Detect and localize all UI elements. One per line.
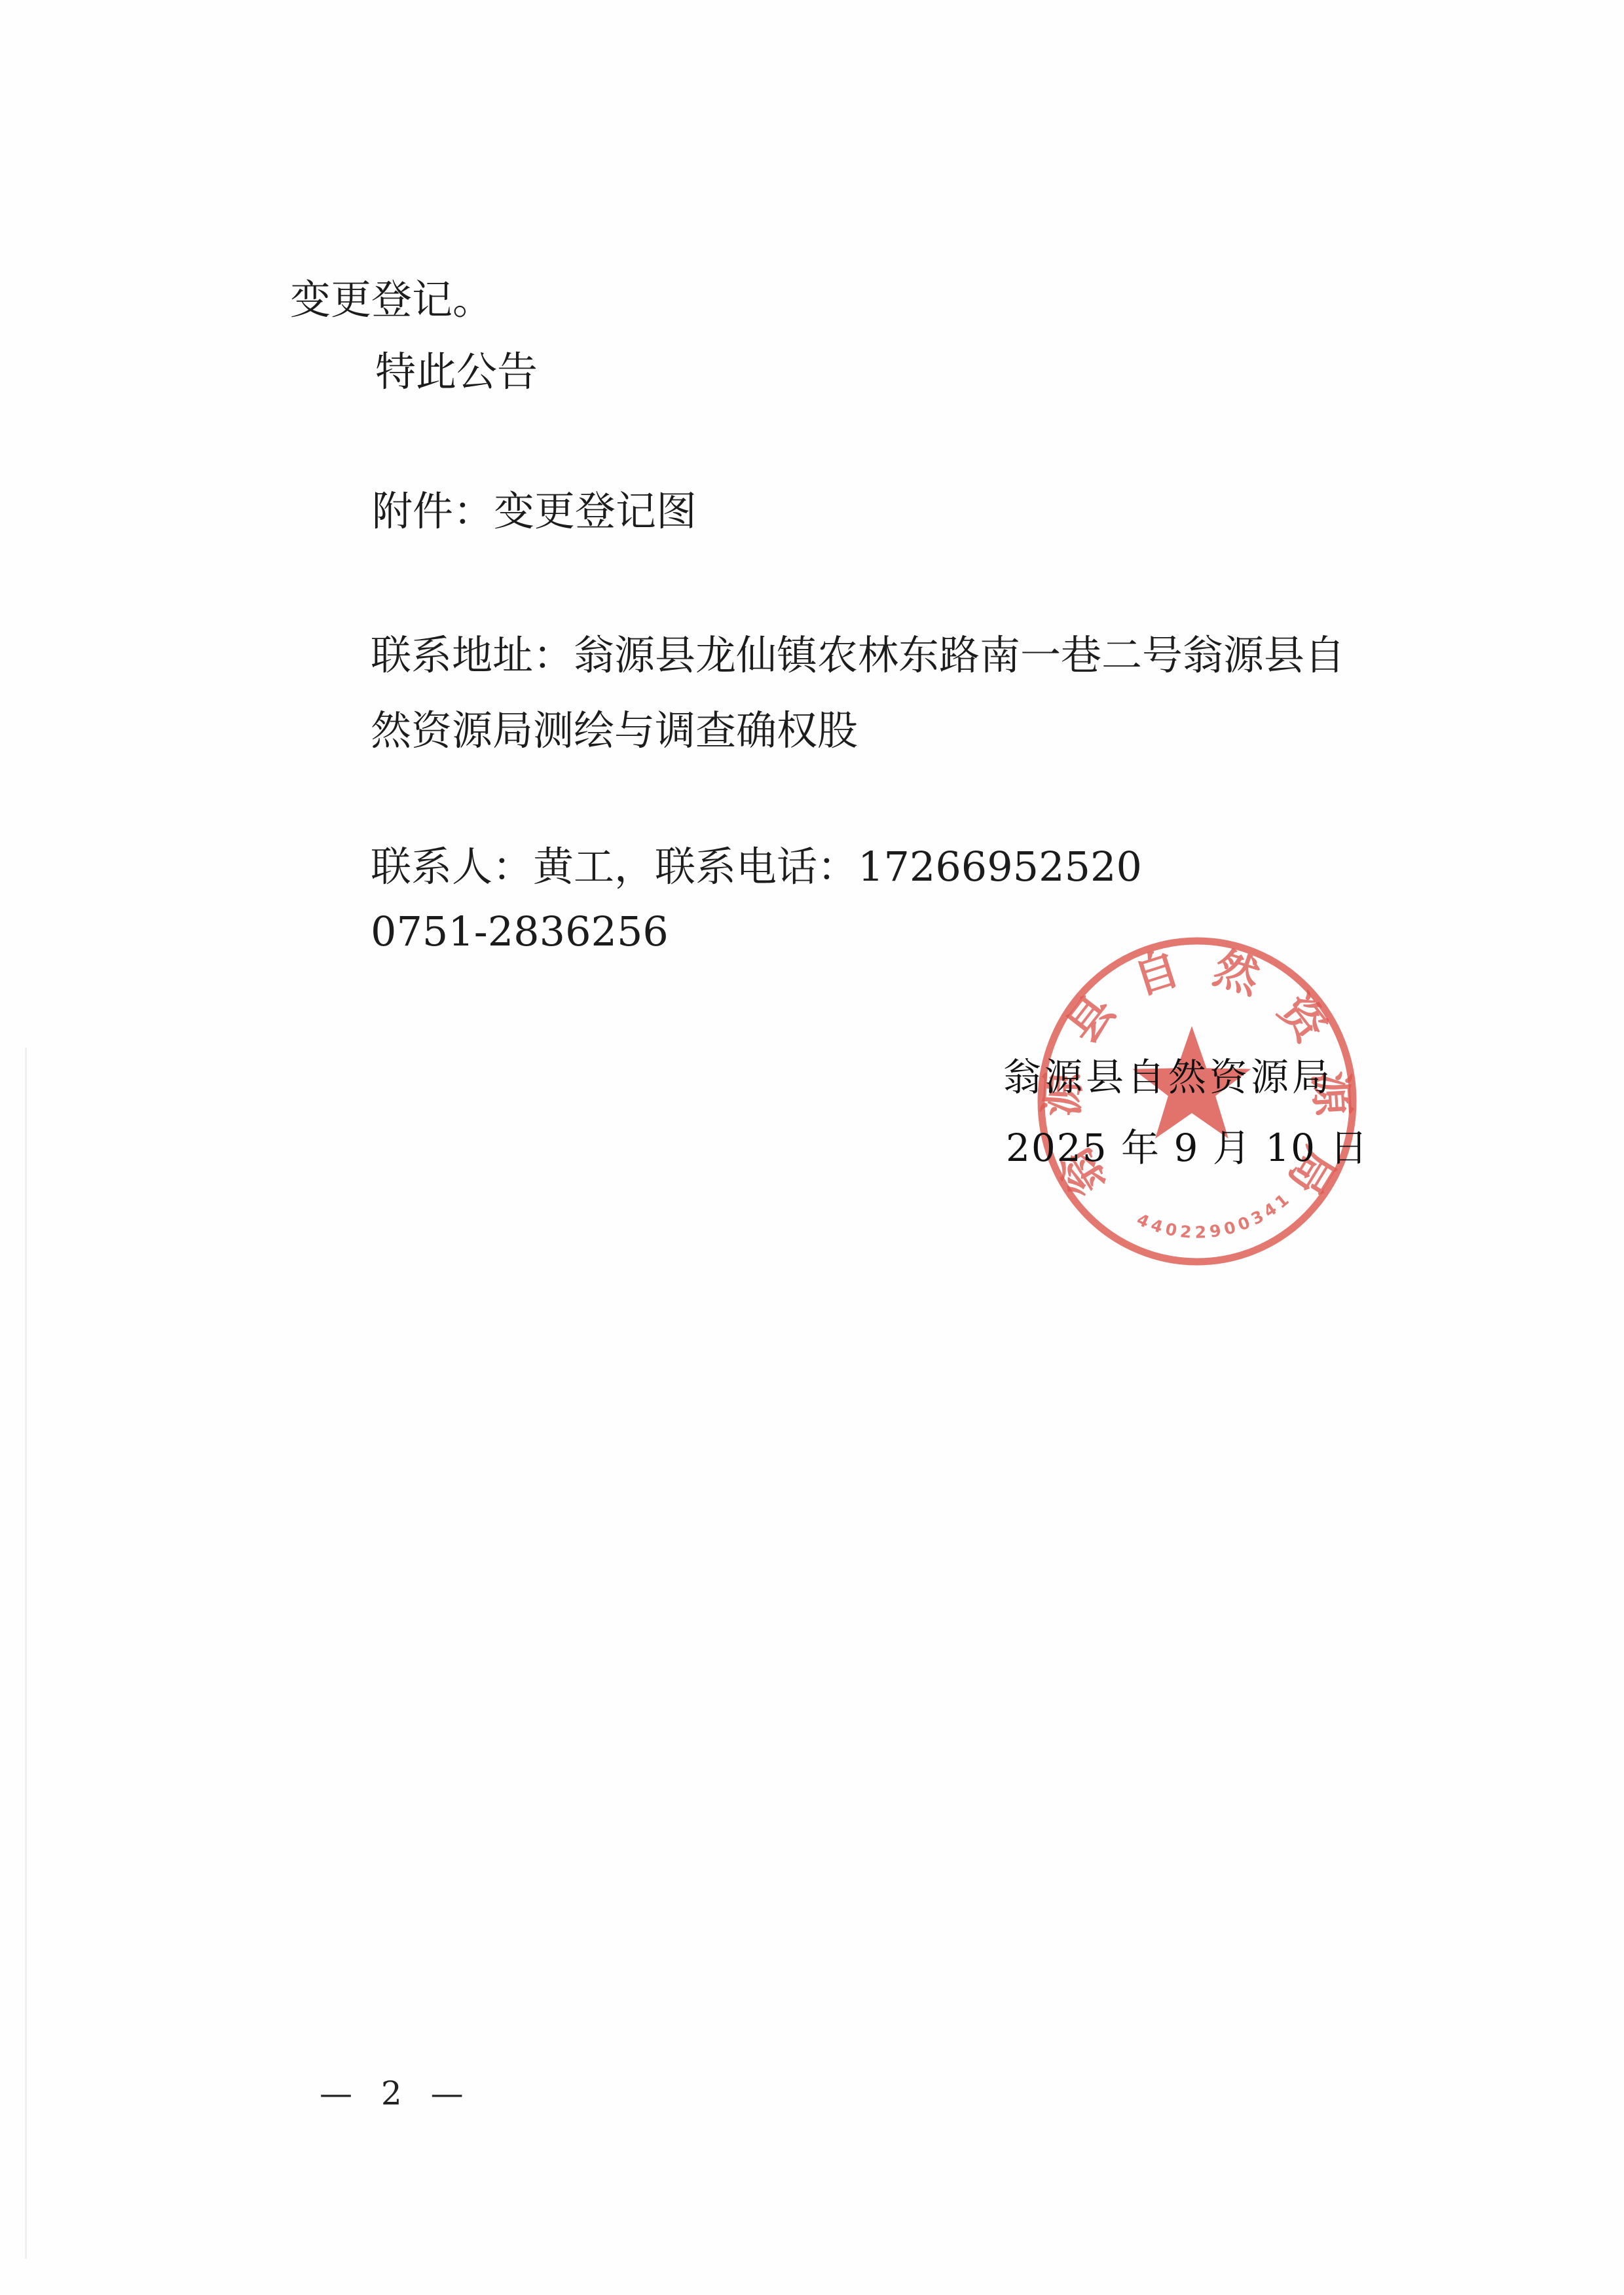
scanned-page: 变更登记。 特此公告 附件：变更登记图 联系地址：翁源县龙仙镇农林东路南一巷二号… bbox=[0, 0, 1624, 2295]
body-line-phone-2: 0751-2836256 bbox=[371, 908, 669, 955]
official-seal: 翁源县自然资源局 4402290034109 bbox=[1014, 918, 1380, 1285]
body-line-1: 变更登记。 bbox=[290, 267, 493, 325]
signature-org: 翁源县自然资源局 bbox=[1003, 1046, 1333, 1101]
body-line-address-2: 然资源局测绘与调查确权股 bbox=[371, 698, 858, 756]
scan-edge-artifact bbox=[25, 1048, 27, 2259]
body-line-address-1: 联系地址：翁源县龙仙镇农林东路南一巷二号翁源县自 bbox=[371, 623, 1345, 681]
page-number: — 2 — bbox=[320, 2074, 473, 2112]
body-line-contact: 联系人：黄工，联系电话：17266952520 bbox=[371, 834, 1142, 892]
signature-date: 2025 年 9 月 10 日 bbox=[1006, 1117, 1369, 1172]
body-line-2: 特此公告 bbox=[375, 339, 538, 397]
body-line-attachment: 附件：变更登记图 bbox=[372, 479, 697, 537]
